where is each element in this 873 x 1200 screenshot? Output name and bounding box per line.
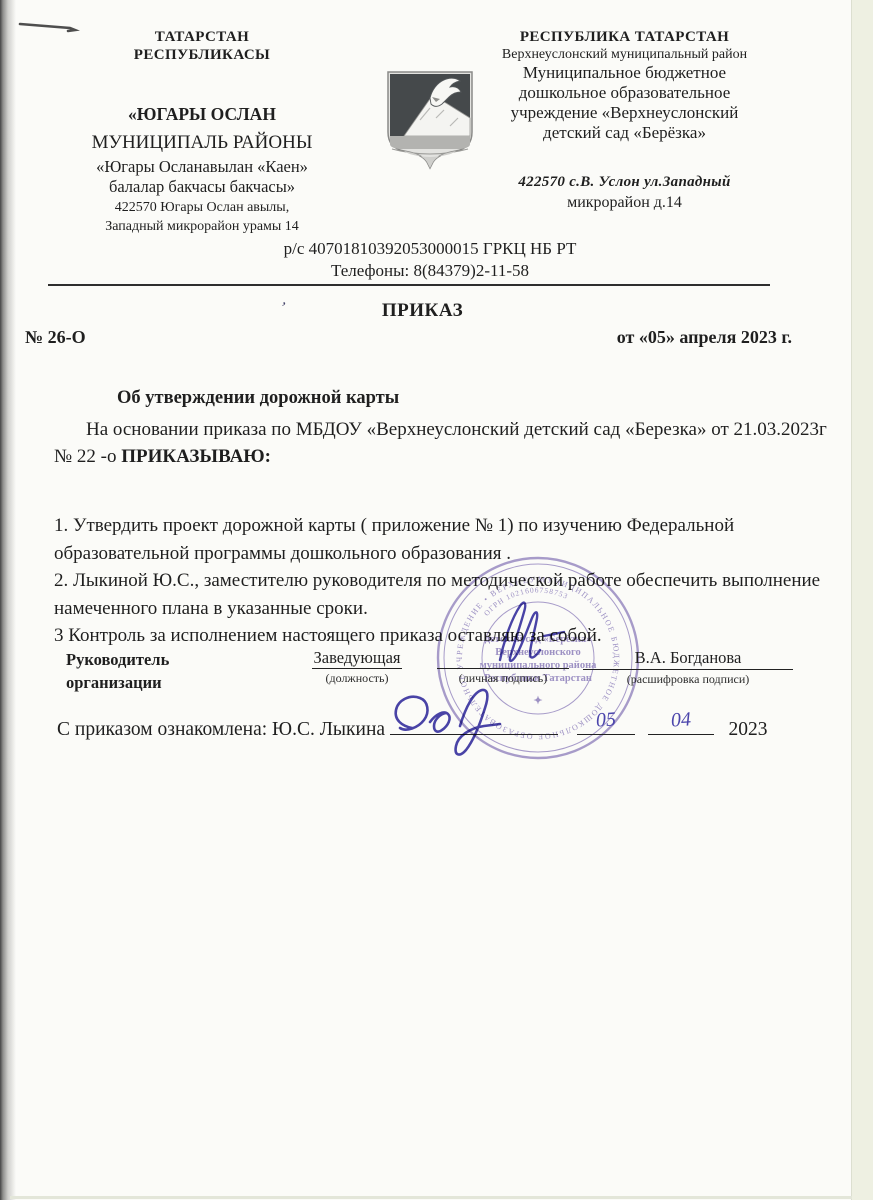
handwritten-signature-lykina — [382, 682, 542, 760]
position-cell: Заведующая (должность) — [296, 648, 418, 686]
letterhead-left-org-3: «Югары Осланавылан «Каен» — [32, 157, 372, 177]
scan-edge-left — [0, 0, 16, 1200]
month-line: 04 — [648, 710, 714, 735]
letterhead-right-address-2: микрорайон д.14 — [452, 194, 797, 212]
letterhead-right-org-line: учреждение «Верхнеуслонский — [452, 103, 797, 123]
acknowledgement-year: 2023 — [729, 719, 768, 740]
order-number: № 26-О — [25, 327, 86, 348]
letterhead-left-address-2: Западный микрорайон урамы 14 — [32, 219, 372, 235]
handwritten-signature-director — [460, 588, 580, 670]
position-value: Заведующая — [312, 648, 403, 669]
bank-account-line: р/с 40701810392053000015 ГРКЦ НБ РТ — [110, 238, 750, 260]
letterhead-left-address-1: 422570 Югары Ослан авылы, — [32, 200, 372, 216]
letterhead-left-org-1: «ЮГАРЫ ОСЛАН — [32, 104, 372, 125]
phone-line: Телефоны: 8(84379)2-11-58 — [110, 260, 750, 282]
scanned-order-page: ’ ТАТАРСТАН РЕСПУБЛИКАСЫ «ЮГАРЫ ОСЛАН МУ… — [0, 0, 873, 1200]
acknowledgement-text: С приказом ознакомлена: Ю.С. Лыкина — [57, 719, 385, 740]
letterhead-right-address-1: 422570 с.В. Услон ул.Западный — [452, 174, 797, 191]
letterhead-right-country: РЕСПУБЛИКА ТАТАРСТАН — [452, 28, 797, 46]
letterhead-left-org-2: МУНИЦИПАЛЬ РАЙОНЫ — [32, 132, 372, 154]
signature-name-value: В.А. Богданова — [633, 648, 744, 668]
requisites-block: р/с 40701810392053000015 ГРКЦ НБ РТ Теле… — [110, 238, 750, 282]
letterhead-left-country-2: РЕСПУБЛИКАСЫ — [32, 46, 372, 64]
signature-name-cell: В.А. Богданова (расшифровка подписи) — [583, 648, 793, 687]
signature-name-label: (расшифровка подписи) — [583, 672, 793, 687]
letterhead-divider-line — [48, 284, 770, 286]
day-line: 05 — [577, 710, 635, 735]
order-number-date-row: № 26-О от «05» апреля 2023 г. — [25, 327, 792, 348]
order-preamble: На основании приказа по МБДОУ «Верхнеусл… — [54, 416, 854, 470]
handwritten-month: 04 — [647, 707, 714, 735]
preamble-line-1: На основании приказа по МБДОУ «Верхнеусл… — [86, 419, 827, 440]
signatory-role-line-2: организации — [66, 673, 162, 692]
order-subject: Об утверждении дорожной карты — [117, 388, 399, 409]
order-title: ПРИКАЗ — [0, 300, 845, 322]
preamble-line-2: № 22 -о — [54, 446, 121, 467]
signatory-role-line-1: Руководитель — [66, 650, 169, 669]
order-date: от «05» апреля 2023 г. — [617, 327, 792, 348]
signatory-role: Руководитель организации — [66, 648, 276, 694]
letterhead-right-org-line: Муниципальное бюджетное — [452, 63, 797, 83]
letterhead-right-org-line: дошкольное образовательное — [452, 83, 797, 103]
scan-edge-right — [851, 0, 873, 1200]
letterhead-left-country-1: ТАТАРСТАН — [32, 28, 372, 46]
scan-edge-bottom — [10, 1196, 852, 1199]
handwritten-day: 05 — [576, 707, 635, 734]
letterhead-right: РЕСПУБЛИКА ТАТАРСТАН Верхнеуслонский мун… — [452, 28, 797, 212]
letterhead-right-org-line: детский сад «Берёзка» — [452, 123, 797, 143]
letterhead-left-org-4: балалар бакчасы бакчасы» — [32, 177, 372, 197]
preamble-resolution-word: ПРИКАЗЫВАЮ: — [121, 446, 271, 467]
letterhead-right-district: Верхнеуслонский муниципальный район — [452, 46, 797, 63]
signature-name-line: В.А. Богданова — [583, 648, 793, 670]
letterhead-left: ТАТАРСТАН РЕСПУБЛИКАСЫ «ЮГАРЫ ОСЛАН МУНИ… — [32, 28, 372, 235]
